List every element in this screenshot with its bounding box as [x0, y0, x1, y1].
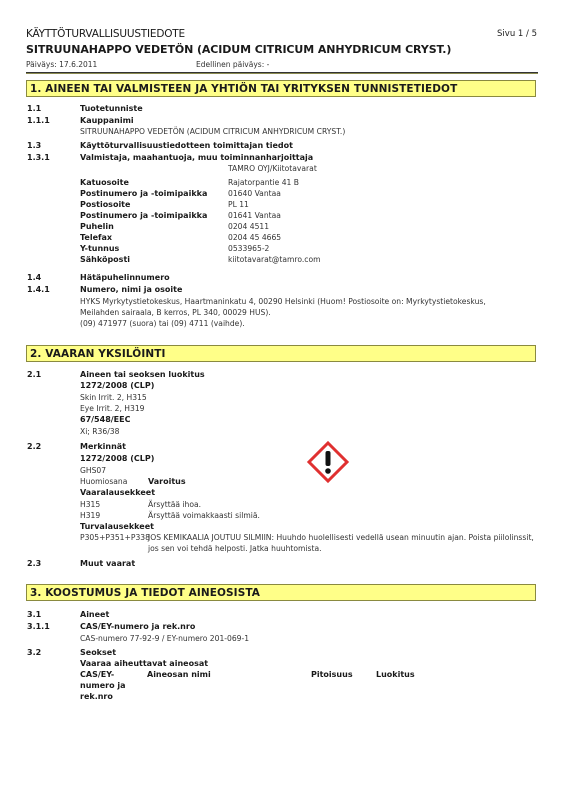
- contact-value: Rajatorpantie 41 B: [228, 178, 299, 187]
- section-number: 1.3.1: [27, 153, 50, 162]
- section-number: 1.4: [27, 273, 41, 282]
- section-label: Numero, nimi ja osoite: [80, 285, 182, 294]
- section-number: 2.2: [27, 442, 41, 451]
- sub-label: Vaaraa aiheuttavat aineosat: [80, 659, 208, 668]
- hazard-code: H315: [80, 500, 100, 509]
- hazard-text: Ärsyttää voimakkaasti silmiä.: [148, 511, 260, 520]
- contact-label: Postinumero ja -toimipaikka: [80, 189, 207, 198]
- cas-ec-number: CAS-numero 77-92-9 / EY-numero 201-069-1: [80, 634, 249, 643]
- contact-label: Sähköposti: [80, 255, 130, 264]
- section-label: Käyttöturvallisuustiedotteen toimittajan…: [80, 141, 293, 150]
- section-number: 1.3: [27, 141, 41, 150]
- document-type: KÄYTTÖTURVALLISUUSTIEDOTE: [26, 28, 185, 40]
- section-label: Aineet: [80, 610, 109, 619]
- section-label: CAS/EY-numero ja rek.nro: [80, 622, 195, 631]
- section-label: Seokset: [80, 648, 116, 657]
- column-header-concentration: Pitoisuus: [311, 670, 353, 681]
- safety-data-sheet-page: KÄYTTÖTURVALLISUUSTIEDOTE Sivu 1 / 5 SIT…: [0, 0, 565, 800]
- contact-value: PL 11: [228, 200, 249, 209]
- contact-label: Postinumero ja -toimipaikka: [80, 211, 207, 220]
- column-header-classification: Luokitus: [376, 670, 415, 681]
- regulation-label: 67/548/EEC: [80, 415, 130, 424]
- section-number: 2.1: [27, 370, 41, 379]
- contact-value: 0204 45 4665: [228, 233, 281, 242]
- hazard-statements-label: Vaaralausekkeet: [80, 488, 155, 497]
- section-number: 1.1: [27, 104, 41, 113]
- section-number: 1.1.1: [27, 116, 50, 125]
- contact-label: Katuosoite: [80, 178, 129, 187]
- section-number: 3.1: [27, 610, 41, 619]
- company-name: TAMRO OYJ/Kiitotavarat: [228, 164, 317, 173]
- hazard-text: Ärsyttää ihoa.: [148, 500, 201, 509]
- section-number: 3.2: [27, 648, 41, 657]
- section-number: 2.3: [27, 559, 41, 568]
- section-label: Aineen tai seoksen luokitus: [80, 370, 205, 379]
- section-label: Kauppanimi: [80, 116, 134, 125]
- section-number: 1.4.1: [27, 285, 50, 294]
- section-1-heading: 1. AINEEN TAI VALMISTEEN JA YHTIÖN TAI Y…: [26, 80, 536, 97]
- date-row: Päiväys: 17.6.2011 Edellinen päiväys: -: [26, 60, 97, 69]
- section-3-heading: 3. KOOSTUMUS JA TIEDOT AINEOSISTA: [26, 584, 536, 601]
- emergency-phone: (09) 471977 (suora) tai (09) 4711 (vaihd…: [80, 319, 245, 328]
- precautionary-statements-label: Turvalausekkeet: [80, 522, 154, 531]
- emergency-contact-line: Meilahden sairaala, B kerros, PL 340, 00…: [80, 308, 271, 317]
- section-label: Valmistaja, maahantuoja, muu toiminnanha…: [80, 153, 313, 162]
- signal-word: Varoitus: [148, 477, 186, 486]
- precaution-text: JOS KEMIKAALIA JOUTUU SILMIIN: Huuhdo hu…: [148, 533, 538, 555]
- section-label: Hätäpuhelinnumero: [80, 273, 170, 282]
- contact-value: 01640 Vantaa: [228, 189, 281, 198]
- column-header-cas: CAS/EY- numero ja rek.nro: [80, 670, 140, 702]
- contact-value: 0533965-2: [228, 244, 269, 253]
- header-divider: [26, 72, 538, 74]
- column-header-name: Aineosan nimi: [147, 670, 211, 681]
- issue-date: Päiväys: 17.6.2011: [26, 60, 97, 69]
- contact-value: 01641 Vantaa: [228, 211, 281, 220]
- contact-label: Telefax: [80, 233, 112, 242]
- emergency-contact-line: HYKS Myrkytystietokeskus, Haartmaninkatu…: [80, 297, 486, 306]
- section-label: Merkinnät: [80, 442, 126, 451]
- section-2-heading: 2. VAARAN YKSILÖINTI: [26, 345, 536, 362]
- ghs07-exclamation-mark-icon: [306, 440, 350, 484]
- section-number: 3.1.1: [27, 622, 50, 631]
- previous-date: Edellinen päiväys: -: [196, 60, 269, 69]
- section-label: Muut vaarat: [80, 559, 135, 568]
- hazard-code: H319: [80, 511, 100, 520]
- signal-word-label: Huomiosana: [80, 477, 127, 486]
- email-link[interactable]: kiitotavarat@tamro.com: [228, 255, 321, 264]
- contact-label: Puhelin: [80, 222, 114, 231]
- regulation-label: 1272/2008 (CLP): [80, 454, 154, 463]
- ghs-code: GHS07: [80, 466, 106, 475]
- contact-value: 0204 4511: [228, 222, 269, 231]
- classification-item: Skin Irrit. 2, H315: [80, 393, 147, 402]
- document-title: SITRUUNAHAPPO VEDETÖN (ACIDUM CITRICUM A…: [26, 43, 451, 56]
- classification-item: Xi; R36/38: [80, 427, 119, 436]
- section-label: Tuotetunniste: [80, 104, 143, 113]
- contact-label: Postiosoite: [80, 200, 130, 209]
- trade-name: SITRUUNAHAPPO VEDETÖN (ACIDUM CITRICUM A…: [80, 127, 345, 136]
- contact-label: Y-tunnus: [80, 244, 119, 253]
- precaution-code: P305+P351+P338: [80, 533, 150, 542]
- page-number: Sivu 1 / 5: [497, 29, 537, 39]
- regulation-label: 1272/2008 (CLP): [80, 381, 154, 390]
- classification-item: Eye Irrit. 2, H319: [80, 404, 145, 413]
